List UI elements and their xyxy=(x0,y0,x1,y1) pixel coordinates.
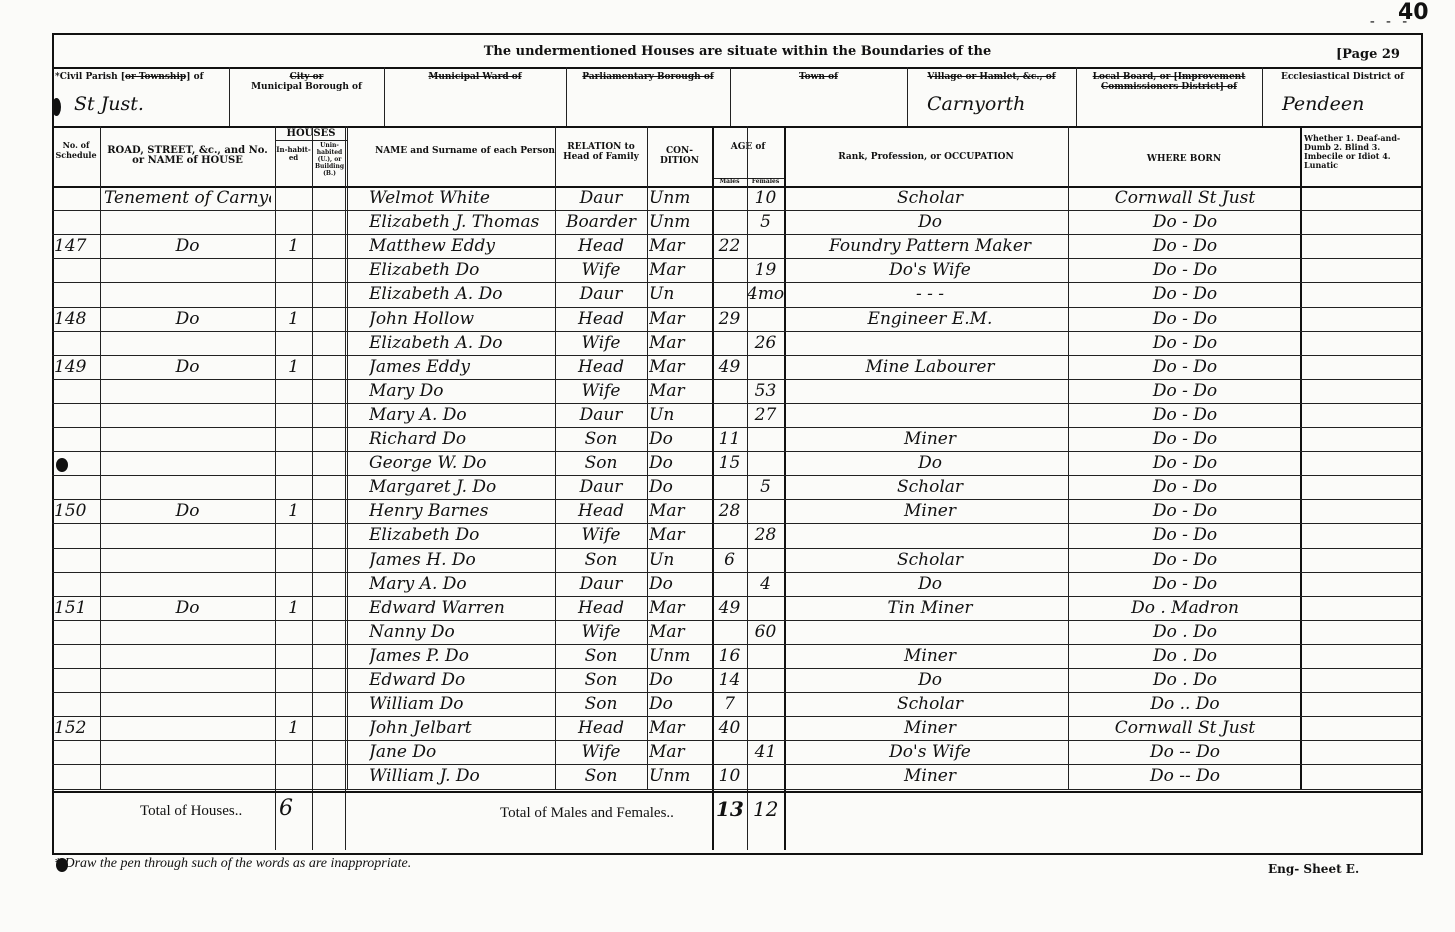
row-born: Cornwall St Just xyxy=(1074,186,1296,210)
row-male-age: 14 xyxy=(712,668,747,692)
row-inhabited: 1 xyxy=(275,307,312,331)
row-schedule: 148 xyxy=(54,307,98,331)
row-born: Do - Do xyxy=(1074,379,1296,403)
row-inhabited: 1 xyxy=(275,716,312,740)
row-female-age: 27 xyxy=(747,403,784,427)
row-name: John Hollow xyxy=(369,307,553,331)
row-relation: Head xyxy=(557,234,645,258)
footnote: * Draw the pen through such of the words… xyxy=(54,856,411,872)
row-inhabited: 1 xyxy=(275,234,312,258)
rule-line xyxy=(52,126,1423,128)
row-condition: Mar xyxy=(649,740,710,764)
row-born: Do - Do xyxy=(1074,548,1296,572)
boundary-value-5: Carnyorth xyxy=(927,93,1025,115)
row-occupation: Do xyxy=(794,451,1066,475)
row-relation: Head xyxy=(557,596,645,620)
sheet-stamp-number: 40 xyxy=(1398,0,1429,25)
row-occupation: Miner xyxy=(794,716,1066,740)
row-female-age: 4mo xyxy=(747,282,784,306)
row-relation: Son xyxy=(557,451,645,475)
row-male-age: 22 xyxy=(712,234,747,258)
row-inhabited: 1 xyxy=(275,596,312,620)
row-female-age: 4 xyxy=(747,572,784,596)
row-born: Do - Do xyxy=(1074,282,1296,306)
row-male-age: 28 xyxy=(712,499,747,523)
row-name: Mary A. Do xyxy=(369,403,553,427)
row-born: Do . Madron xyxy=(1074,596,1296,620)
column-rule xyxy=(730,67,731,126)
rule-line xyxy=(52,67,1423,69)
row-name: Mary Do xyxy=(369,379,553,403)
column-rule xyxy=(1076,67,1077,126)
col-name: NAME and Surname of each Person xyxy=(375,146,555,156)
row-relation: Daur xyxy=(557,572,645,596)
row-name: Elizabeth A. Do xyxy=(369,282,553,306)
boundary-label-5: Village or Hamlet, &c., of xyxy=(910,72,1073,82)
row-occupation: Foundry Pattern Maker xyxy=(794,234,1066,258)
row-relation: Son xyxy=(557,548,645,572)
row-condition: Mar xyxy=(649,499,710,523)
row-occupation: Tin Miner xyxy=(794,596,1066,620)
boundary-label-1: City orMunicipal Borough of xyxy=(232,72,381,92)
row-relation: Son xyxy=(557,668,645,692)
row-relation: Son xyxy=(557,692,645,716)
row-born: Do - Do xyxy=(1074,499,1296,523)
col-relation: RELATION to Head of Family xyxy=(555,142,647,162)
row-name: James Eddy xyxy=(369,355,553,379)
row-born: Do - Do xyxy=(1074,572,1296,596)
boundary-label-7: Ecclesiastical District of xyxy=(1265,72,1420,82)
rule-line xyxy=(275,140,347,141)
row-occupation: Scholar xyxy=(794,548,1066,572)
row-relation: Head xyxy=(557,499,645,523)
row-occupation: Miner xyxy=(794,499,1066,523)
row-born: Do . Do xyxy=(1074,620,1296,644)
boundary-label-3: Parliamentary Borough of xyxy=(569,72,727,82)
rule-line xyxy=(52,791,1423,793)
row-female-age: 19 xyxy=(747,258,784,282)
column-rule xyxy=(1068,126,1069,789)
rule-line xyxy=(52,853,1423,855)
row-born: Do - Do xyxy=(1074,258,1296,282)
row-born: Do - Do xyxy=(1074,523,1296,547)
total-houses-label: Total of Houses.. xyxy=(140,803,242,820)
total-males: 13 xyxy=(716,797,744,821)
row-born: Do - Do xyxy=(1074,355,1296,379)
row-condition: Mar xyxy=(649,234,710,258)
row-male-age: 10 xyxy=(712,764,747,788)
row-relation: Wife xyxy=(557,620,645,644)
row-occupation: - - - xyxy=(794,282,1066,306)
row-road: Tenement of Carnyorth xyxy=(104,186,271,210)
row-born: Do - Do xyxy=(1074,210,1296,234)
row-occupation: Scholar xyxy=(794,186,1066,210)
col-males: Males xyxy=(712,179,747,185)
rule-line xyxy=(784,789,1423,790)
col-infirmity: Whether 1. Deaf-and-Dumb 2. Blind 3. Imb… xyxy=(1304,134,1421,170)
row-name: Henry Barnes xyxy=(369,499,553,523)
row-inhabited: 1 xyxy=(275,499,312,523)
row-condition: Un xyxy=(649,282,710,306)
row-condition: Do xyxy=(649,427,710,451)
col-houses: HOUSES xyxy=(275,129,347,139)
row-female-age: 26 xyxy=(747,331,784,355)
row-name: Elizabeth A. Do xyxy=(369,331,553,355)
row-born: Do - Do xyxy=(1074,307,1296,331)
row-name: Jane Do xyxy=(369,740,553,764)
row-road: Do xyxy=(104,234,271,258)
rule-line xyxy=(52,789,784,790)
row-condition: Un xyxy=(649,403,710,427)
row-occupation: Do xyxy=(794,668,1066,692)
row-condition: Mar xyxy=(649,596,710,620)
row-occupation: Scholar xyxy=(794,475,1066,499)
row-condition: Do xyxy=(649,692,710,716)
row-name: John Jelbart xyxy=(369,716,553,740)
row-name: William J. Do xyxy=(369,764,553,788)
col-schedule: No. of Schedule xyxy=(52,140,100,160)
row-name: Elizabeth Do xyxy=(369,258,553,282)
row-born: Do - Do xyxy=(1074,331,1296,355)
row-relation: Daur xyxy=(557,475,645,499)
row-born: Do - Do xyxy=(1074,451,1296,475)
row-born: Do -- Do xyxy=(1074,740,1296,764)
boundary-label-4: Town of xyxy=(733,72,904,82)
row-condition: Mar xyxy=(649,379,710,403)
row-female-age: 53 xyxy=(747,379,784,403)
row-road: Do xyxy=(104,355,271,379)
row-occupation: Miner xyxy=(794,764,1066,788)
row-male-age: 7 xyxy=(712,692,747,716)
row-male-age: 15 xyxy=(712,451,747,475)
row-road: Do xyxy=(104,307,271,331)
row-name: Margaret J. Do xyxy=(369,475,553,499)
row-condition: Do xyxy=(649,668,710,692)
row-name: Nanny Do xyxy=(369,620,553,644)
row-born: Do . Do xyxy=(1074,668,1296,692)
page-number: [Page 29 xyxy=(1336,47,1400,62)
row-male-age: 29 xyxy=(712,307,747,331)
boundary-value-0: St Just. xyxy=(74,93,144,115)
total-females: 12 xyxy=(753,797,778,821)
row-condition: Mar xyxy=(649,331,710,355)
row-relation: Son xyxy=(557,764,645,788)
row-condition: Do xyxy=(649,475,710,499)
row-condition: Mar xyxy=(649,620,710,644)
row-schedule: 147 xyxy=(54,234,98,258)
row-male-age: 40 xyxy=(712,716,747,740)
row-name: James P. Do xyxy=(369,644,553,668)
column-rule xyxy=(566,67,567,126)
row-relation: Wife xyxy=(557,379,645,403)
boundary-label-6: Local Board, or [Improvement Commissione… xyxy=(1079,72,1259,92)
row-condition: Mar xyxy=(649,258,710,282)
column-rule xyxy=(229,67,230,126)
total-persons-label: Total of Males and Females.. xyxy=(500,805,674,822)
boundary-value-7: Pendeen xyxy=(1282,93,1364,115)
row-inhabited: 1 xyxy=(275,355,312,379)
row-occupation: Scholar xyxy=(794,692,1066,716)
row-female-age: 5 xyxy=(747,210,784,234)
boundary-label-2: Municipal Ward of xyxy=(387,72,563,82)
row-relation: Wife xyxy=(557,523,645,547)
row-condition: Mar xyxy=(649,523,710,547)
col-inhabited: In-habit-ed xyxy=(275,146,312,162)
row-male-age: 11 xyxy=(712,427,747,451)
row-schedule: 152 xyxy=(54,716,98,740)
row-road: Do xyxy=(104,596,271,620)
row-male-age: 49 xyxy=(712,355,747,379)
row-occupation: Engineer E.M. xyxy=(794,307,1066,331)
row-schedule: 149 xyxy=(54,355,98,379)
row-condition: Mar xyxy=(649,355,710,379)
col-uninhabited: Unin-habited (U.), or Building (B.) xyxy=(312,142,347,177)
row-relation: Daur xyxy=(557,282,645,306)
column-rule xyxy=(647,126,648,789)
row-condition: Mar xyxy=(649,716,710,740)
row-male-age: 16 xyxy=(712,644,747,668)
row-schedule: 150 xyxy=(54,499,98,523)
column-rule xyxy=(1262,67,1263,126)
row-relation: Head xyxy=(557,355,645,379)
column-rule xyxy=(555,126,556,789)
row-born: Do - Do xyxy=(1074,427,1296,451)
row-relation: Wife xyxy=(557,740,645,764)
column-rule xyxy=(347,126,348,789)
row-schedule: 151 xyxy=(54,596,98,620)
column-rule xyxy=(1300,126,1302,789)
col-occupation: Rank, Profession, or OCCUPATION xyxy=(784,152,1068,162)
row-relation: Daur xyxy=(557,186,645,210)
col-females: Females xyxy=(747,179,784,185)
row-female-age: 10 xyxy=(747,186,784,210)
row-name: Edward Do xyxy=(369,668,553,692)
row-male-age: 49 xyxy=(712,596,747,620)
row-occupation: Do's Wife xyxy=(794,740,1066,764)
column-rule xyxy=(907,67,908,126)
row-relation: Wife xyxy=(557,258,645,282)
row-born: Do . Do xyxy=(1074,644,1296,668)
row-born: Do .. Do xyxy=(1074,692,1296,716)
row-occupation: Miner xyxy=(794,427,1066,451)
col-age: AGE of xyxy=(712,142,784,152)
row-condition: Unm xyxy=(649,210,710,234)
row-condition: Un xyxy=(649,548,710,572)
row-name: Edward Warren xyxy=(369,596,553,620)
ink-blot xyxy=(52,98,61,116)
form-title: The undermentioned Houses are situate wi… xyxy=(52,44,1423,59)
form-code: Eng- Sheet E. xyxy=(1268,862,1359,876)
row-condition: Unm xyxy=(649,764,710,788)
row-occupation: Miner xyxy=(794,644,1066,668)
row-occupation: Do xyxy=(794,572,1066,596)
col-road: ROAD, STREET, &c., and No. or NAME of HO… xyxy=(100,146,275,166)
col-where-born: WHERE BORN xyxy=(1068,154,1300,164)
row-occupation: Mine Labourer xyxy=(794,355,1066,379)
row-relation: Boarder xyxy=(557,210,645,234)
row-relation: Head xyxy=(557,716,645,740)
row-relation: Daur xyxy=(557,403,645,427)
row-occupation: Do's Wife xyxy=(794,258,1066,282)
row-born: Do - Do xyxy=(1074,234,1296,258)
total-houses-value: 6 xyxy=(279,797,293,821)
row-relation: Wife xyxy=(557,331,645,355)
row-condition: Mar xyxy=(649,307,710,331)
row-condition: Unm xyxy=(649,186,710,210)
row-name: Matthew Eddy xyxy=(369,234,553,258)
row-name: James H. Do xyxy=(369,548,553,572)
row-relation: Son xyxy=(557,644,645,668)
row-occupation: Do xyxy=(794,210,1066,234)
row-name: Elizabeth J. Thomas xyxy=(369,210,553,234)
row-name: Mary A. Do xyxy=(369,572,553,596)
row-born: Do - Do xyxy=(1074,403,1296,427)
row-road: Do xyxy=(104,499,271,523)
column-rule xyxy=(100,126,101,789)
row-name: Elizabeth Do xyxy=(369,523,553,547)
row-name: William Do xyxy=(369,692,553,716)
row-condition: Do xyxy=(649,572,710,596)
row-relation: Son xyxy=(557,427,645,451)
ink-blot xyxy=(56,458,68,472)
column-rule xyxy=(384,67,385,126)
row-male-age: 6 xyxy=(712,548,747,572)
row-name: Richard Do xyxy=(369,427,553,451)
row-female-age: 28 xyxy=(747,523,784,547)
row-relation: Head xyxy=(557,307,645,331)
ink-blot xyxy=(56,858,68,872)
row-born: Do - Do xyxy=(1074,475,1296,499)
row-name: George W. Do xyxy=(369,451,553,475)
column-rule xyxy=(312,140,313,850)
row-born: Cornwall St Just xyxy=(1074,716,1296,740)
row-name: Welmot White xyxy=(369,186,553,210)
row-female-age: 60 xyxy=(747,620,784,644)
row-born: Do -- Do xyxy=(1074,764,1296,788)
row-condition: Unm xyxy=(649,644,710,668)
col-condition: CON-DITION xyxy=(647,146,712,166)
row-female-age: 41 xyxy=(747,740,784,764)
row-condition: Do xyxy=(649,451,710,475)
row-female-age: 5 xyxy=(747,475,784,499)
boundary-label-0: *Civil Parish [or Township] of xyxy=(55,72,226,82)
